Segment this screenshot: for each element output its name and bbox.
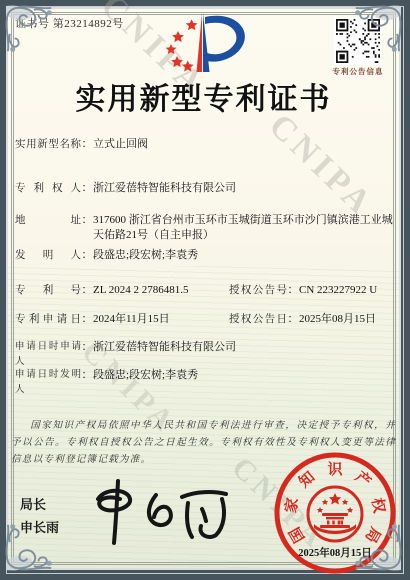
director-title: 局长 xyxy=(20,493,59,516)
director-signature xyxy=(84,473,236,553)
field-colon: ： xyxy=(81,312,93,327)
field-value: 2024年11月15日 xyxy=(93,312,229,327)
field-value: CN 223227922 U xyxy=(299,283,394,298)
patent-certificate-page: { "page": { "watermark": "CNIPA" }, "hea… xyxy=(0,0,410,580)
filing-date-cell: 专利申请日： 2024年11月15日 xyxy=(15,312,229,327)
field-label: 发明人 xyxy=(15,248,81,263)
seal-date: 2025年08月15日 xyxy=(298,546,372,559)
field-colon: ： xyxy=(287,312,299,327)
field-colon: ： xyxy=(81,340,93,370)
field-value: 浙江爱蓓特智能科技有限公司 xyxy=(93,181,394,196)
field-label: 授权公告日 xyxy=(229,312,287,327)
certificate-title: 实用新型专利证书 xyxy=(8,74,399,118)
signature-strokes xyxy=(84,473,236,553)
cnipa-logo-graphic xyxy=(158,11,250,75)
grant-number-cell: 授权公告号： CN 223227922 U xyxy=(229,283,394,298)
official-seal: 国 家 知 识 产 权 局 xyxy=(272,450,398,576)
field-label: 实用新型名称 xyxy=(15,137,81,152)
field-value: ZL 2024 2 2786481.5 xyxy=(93,283,229,298)
field-row-patentee: 专利权人： 浙江爱蓓特智能科技有限公司 xyxy=(15,181,394,196)
field-label: 申请日时申请人 xyxy=(15,340,81,370)
field-value: 立式止回阀 xyxy=(93,137,394,152)
seal-char: 识 xyxy=(327,460,343,478)
field-colon: ： xyxy=(81,213,93,243)
field-row-dates: 专利申请日： 2024年11月15日 授权公告日： 2025年08月15日 xyxy=(15,312,394,327)
field-value: 317600 浙江省台州市玉环市玉城街道玉环市沙门镇滨港工业城天佑路21号（自主… xyxy=(93,213,394,243)
field-colon: ： xyxy=(81,368,93,398)
corner-ornament-icon xyxy=(5,5,57,57)
field-row-original-applicant: 申请日时申请人： 浙江爱蓓特智能科技有限公司 xyxy=(15,340,394,370)
field-colon: ： xyxy=(81,248,93,263)
field-label: 授权公告号 xyxy=(229,283,287,298)
field-value: 段盛忠;段宏树;李袁秀 xyxy=(93,248,394,263)
field-value: 段盛忠;段宏树;李袁秀 xyxy=(93,368,394,398)
field-label: 地址 xyxy=(15,213,81,243)
director-name: 申长雨 xyxy=(20,516,59,539)
field-colon: ： xyxy=(287,283,299,298)
field-value: 2025年08月15日 xyxy=(299,312,394,327)
field-label: 专利权人 xyxy=(15,181,81,196)
grant-date-cell: 授权公告日： 2025年08月15日 xyxy=(229,312,394,327)
field-row-address: 地址： 317600 浙江省台州市玉环市玉城街道玉环市沙门镇滨港工业城天佑路21… xyxy=(15,213,394,243)
director-block: 局长 申长雨 xyxy=(20,493,59,539)
seal-graphic: 国 家 知 识 产 权 局 xyxy=(272,450,398,576)
field-row-name: 实用新型名称： 立式止回阀 xyxy=(15,137,394,152)
field-colon: ： xyxy=(81,283,93,298)
field-label: 申请日时发明人 xyxy=(15,368,81,398)
certificate-paper: CNIPA CNIPA CNIPA CNIPA 证书号 第23214892号 xyxy=(8,9,399,568)
field-row-original-inventors: 申请日时发明人： 段盛忠;段宏树;李袁秀 xyxy=(15,368,394,398)
field-label: 专利申请日 xyxy=(15,312,81,327)
cnipa-logo xyxy=(158,11,250,75)
qr-code xyxy=(334,17,382,65)
field-value: 浙江爱蓓特智能科技有限公司 xyxy=(93,340,394,370)
field-colon: ： xyxy=(81,181,93,196)
certificate-number: 证书号 第23214892号 xyxy=(15,15,124,31)
field-colon: ： xyxy=(81,137,93,152)
qr-code-graphic xyxy=(336,19,380,63)
field-row-patent-number: 专利号： ZL 2024 2 2786481.5 授权公告号： CN 22322… xyxy=(15,283,394,298)
cnipa-watermark: CNIPA xyxy=(261,107,381,225)
field-row-inventors: 发明人： 段盛忠;段宏树;李袁秀 xyxy=(15,248,394,263)
field-label: 专利号 xyxy=(15,283,81,298)
patent-number-cell: 专利号： ZL 2024 2 2786481.5 xyxy=(15,283,229,298)
